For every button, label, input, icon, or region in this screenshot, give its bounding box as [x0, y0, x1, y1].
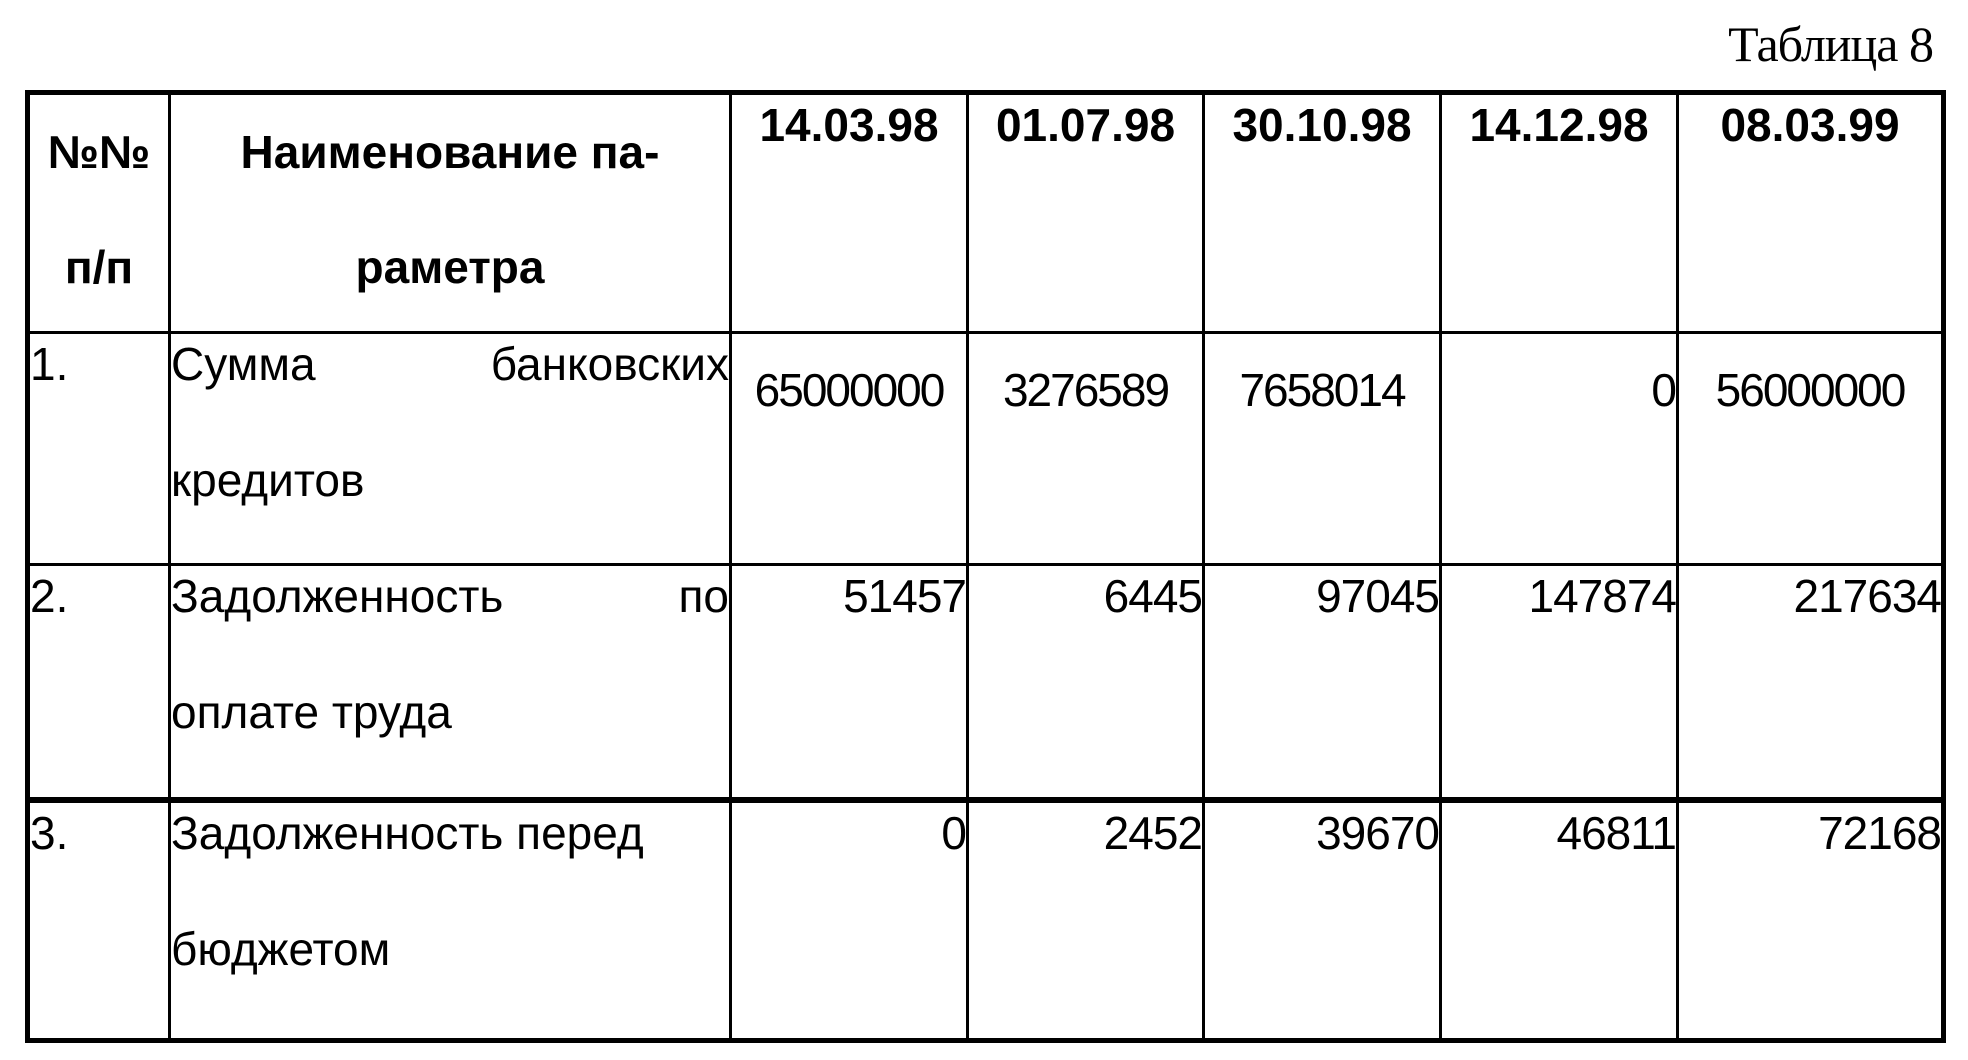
row-number: 3. — [28, 800, 170, 1041]
row-name-line1: Задолженность перед — [171, 803, 729, 863]
header-date: 14.12.98 — [1441, 93, 1678, 333]
row-value: 7658014 — [1204, 333, 1441, 565]
row-value: 0 — [1441, 333, 1678, 565]
row-value: 3276589 — [968, 333, 1204, 565]
row-value: 217634 — [1678, 565, 1944, 800]
header-date: 08.03.99 — [1678, 93, 1944, 333]
table-row: 3. Задолженность перед бюджетом 0 2452 3… — [28, 800, 1944, 1041]
row-parameter-name: Сумма банковских кредитов — [170, 333, 731, 565]
header-number: №№ п/п — [28, 93, 170, 333]
header-parameter-name: Наименование па- раметра — [170, 93, 731, 333]
header-row: №№ п/п Наименование па- раметра 14.03.98… — [28, 93, 1944, 333]
row-parameter-name: Задолженность по оплате труда — [170, 565, 731, 800]
row-value: 6445 — [968, 565, 1204, 800]
table-caption: Таблица 8 — [1728, 14, 1933, 74]
row-name-line1: Задолженность по — [171, 566, 729, 626]
row-name-line2: оплате труда — [171, 682, 729, 742]
header-date: 01.07.98 — [968, 93, 1204, 333]
row-value: 46811 — [1441, 800, 1678, 1041]
header-date: 30.10.98 — [1204, 93, 1441, 333]
row-value: 56000000 — [1678, 333, 1944, 565]
row-value: 39670 — [1204, 800, 1441, 1041]
header-number-line1: №№ — [48, 126, 151, 178]
row-value: 65000000 — [731, 333, 968, 565]
row-name-line2: бюджетом — [171, 919, 729, 979]
table-row: 1. Сумма банковских кредитов 65000000 32… — [28, 333, 1944, 565]
table-row: 2. Задолженность по оплате труда 51457 6… — [28, 565, 1944, 800]
header-date: 14.03.98 — [731, 93, 968, 333]
row-parameter-name: Задолженность перед бюджетом — [170, 800, 731, 1041]
row-name-line2: кредитов — [171, 450, 729, 510]
row-value: 147874 — [1441, 565, 1678, 800]
row-value: 51457 — [731, 565, 968, 800]
row-name-line1: Сумма банковских — [171, 334, 729, 394]
row-value: 72168 — [1678, 800, 1944, 1041]
header-name-line2: раметра — [356, 241, 545, 293]
row-number: 1. — [28, 333, 170, 565]
header-number-line2: п/п — [65, 241, 133, 293]
row-value: 2452 — [968, 800, 1204, 1041]
row-value: 0 — [731, 800, 968, 1041]
row-number: 2. — [28, 565, 170, 800]
row-value: 97045 — [1204, 565, 1441, 800]
header-name-line1: Наименование па- — [241, 126, 660, 178]
data-table: №№ п/п Наименование па- раметра 14.03.98… — [25, 90, 1946, 1043]
